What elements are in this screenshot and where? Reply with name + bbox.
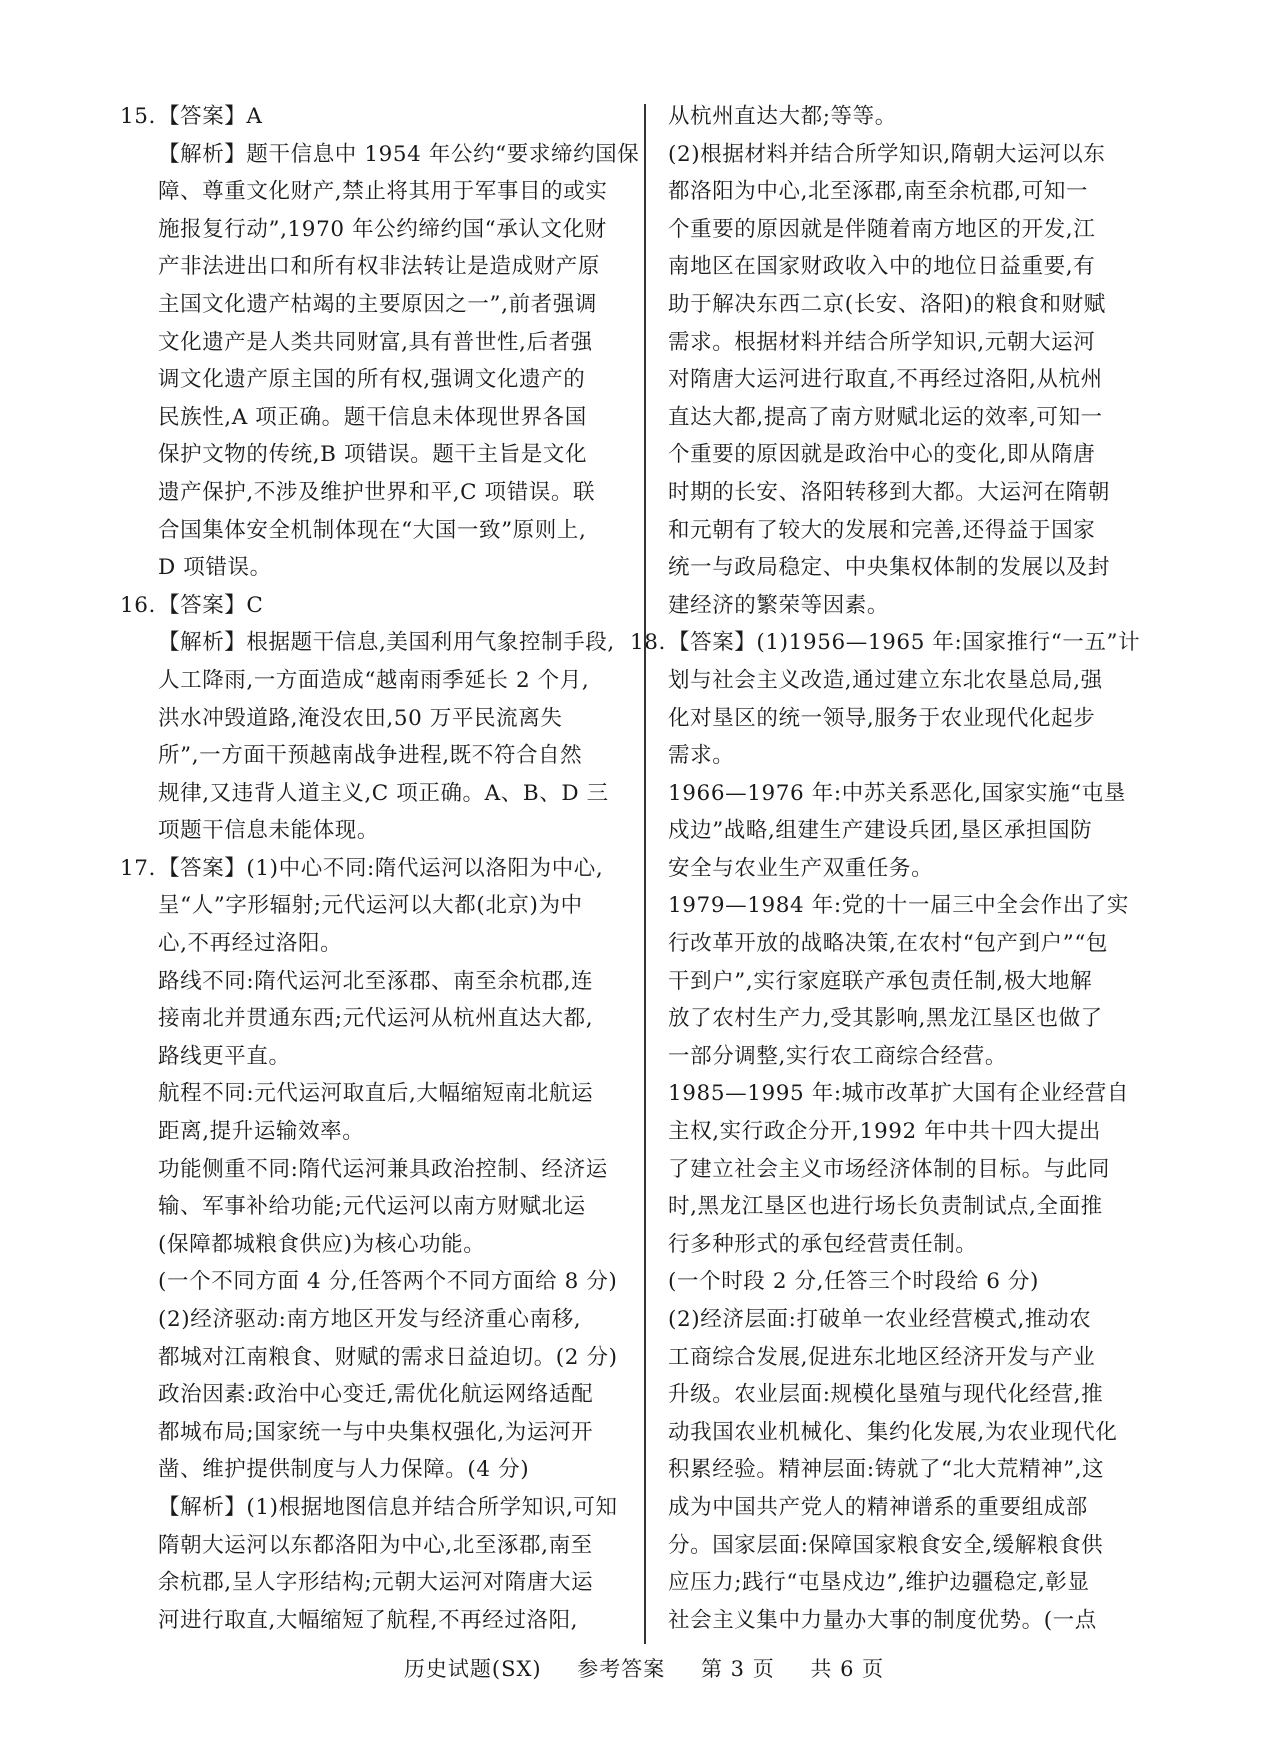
text-line: 路线不同:隋代运河北至涿郡、南至余杭郡,连 [120,963,640,1001]
line-text: 动我国农业机械化、集约化发展,为农业现代化 [668,1420,1117,1445]
line-text: 产非法进出口和所有权非法转让是造成财产原 [158,254,600,279]
line-text: 项题干信息未能体现。 [158,818,379,843]
text-line: 建经济的繁荣等因素。 [668,587,1158,625]
line-text: 路线不同:隋代运河北至涿郡、南至余杭郡,连 [158,969,593,994]
text-line: 项题干信息未能体现。 [120,812,640,850]
line-text: 1985—1995 年:城市改革扩大国有企业经营自 [668,1081,1129,1106]
line-text: 【解析】题干信息中 1954 年公约“要求缔约国保 [158,142,639,167]
line-text: 干到户”,实行家庭联产承包责任制,极大地解 [668,969,1092,994]
line-text: 划与社会主义改造,通过建立东北农垦总局,强 [668,668,1103,693]
text-line: 路线更平直。 [120,1038,640,1076]
line-text: 心,不再经过洛阳。 [158,931,342,956]
text-line: (一个时段 2 分,任答三个时段给 6 分) [668,1263,1158,1301]
line-text: 【解析】(1)根据地图信息并结合所学知识,可知 [158,1495,618,1520]
line-text: 放了农村生产力,受其影响,黑龙江垦区也做了 [668,1006,1103,1031]
line-text: 时期的长安、洛阳转移到大都。大运河在隋朝 [668,480,1110,505]
text-line: (2)经济驱动:南方地区开发与经济重心南移, [120,1301,640,1339]
text-line: 需求。 [668,737,1158,775]
line-text: 距离,提升运输效率。 [158,1119,364,1144]
text-line: 南地区在国家财政收入中的地位日益重要,有 [668,248,1158,286]
line-text: 一部分调整,实行农工商综合经营。 [668,1044,1007,1069]
line-text: 分。国家层面:保障国家粮食安全,缓解粮食供 [668,1533,1103,1558]
text-line: 距离,提升运输效率。 [120,1113,640,1151]
text-line: 成为中国共产党人的精神谱系的重要组成部 [668,1489,1158,1527]
line-text: 政治因素:政治中心变迁,需优化航运网络适配 [158,1382,593,1407]
line-text: 社会主义集中力量办大事的制度优势。(一点 [668,1608,1097,1633]
left-column: 15.【答案】A【解析】题干信息中 1954 年公约“要求缔约国保障、尊重文化财… [120,98,640,1639]
line-text: 积累经验。精神层面:铸就了“北大荒精神”,这 [668,1457,1104,1482]
line-text: 合国集体安全机制体现在“大国一致”原则上, [158,518,586,543]
footer-page-total: 共 6 页 [810,1657,884,1681]
text-line: 统一与政局稳定、中央集权体制的发展以及封 [668,549,1158,587]
text-line: 遗产保护,不涉及维护世界和平,C 项错误。联 [120,474,640,512]
line-text: 【答案】C [158,593,263,618]
line-text: 余杭郡,呈人字形结构;元朝大运河对隋唐大运 [158,1570,593,1595]
line-text: D 项错误。 [158,555,272,580]
text-line: 凿、维护提供制度与人力保障。(4 分) [120,1451,640,1489]
text-line: 分。国家层面:保障国家粮食安全,缓解粮食供 [668,1527,1158,1565]
line-text: 施报复行动”,1970 年公约缔约国“承认文化财 [158,217,607,242]
text-line: 政治因素:政治中心变迁,需优化航运网络适配 [120,1376,640,1414]
text-line: 积累经验。精神层面:铸就了“北大荒精神”,这 [668,1451,1158,1489]
line-text: 洪水冲毁道路,淹没农田,50 万平民流离失 [158,706,562,731]
text-line: 接南北并贯通东西;元代运河从杭州直达大都, [120,1000,640,1038]
text-line: 和元朝有了较大的发展和完善,还得益于国家 [668,512,1158,550]
line-text: 都城布局;国家统一与中央集权强化,为运河开 [158,1420,593,1445]
line-text: 【答案】A [158,104,263,129]
line-text: 航程不同:元代运河取直后,大幅缩短南北航运 [158,1081,593,1106]
line-text: 需求。根据材料并结合所学知识,元朝大运河 [668,330,1095,355]
text-line: 时,黑龙江垦区也进行场长负责制试点,全面推 [668,1188,1158,1226]
line-text: 所”,一方面干预越南战争进程,既不符合自然 [158,743,582,768]
line-text: 保护文物的传统,B 项错误。题干主旨是文化 [158,442,587,467]
text-line: 需求。根据材料并结合所学知识,元朝大运河 [668,324,1158,362]
line-text: 文化遗产是人类共同财富,具有普世性,后者强 [158,330,593,355]
text-line: (2)根据材料并结合所学知识,隋朝大运河以东 [668,136,1158,174]
text-line: 输、军事补给功能;元代运河以南方财赋北运 [120,1188,640,1226]
text-line: 行多种形式的承包经营责任制。 [668,1226,1158,1264]
text-line: 划与社会主义改造,通过建立东北农垦总局,强 [668,662,1158,700]
line-text: 化对垦区的统一领导,服务于农业现代化起步 [668,706,1095,731]
line-text: 时,黑龙江垦区也进行场长负责制试点,全面推 [668,1194,1103,1219]
line-text: 接南北并贯通东西;元代运河从杭州直达大都, [158,1006,593,1031]
line-text: 【答案】(1)中心不同:隋代运河以洛阳为中心, [158,856,603,881]
line-text: 障、尊重文化财产,禁止将其用于军事目的或实 [158,179,607,204]
line-text: 都洛阳为中心,北至涿郡,南至余杭郡,可知一 [668,179,1088,204]
text-line: 1985—1995 年:城市改革扩大国有企业经营自 [668,1075,1158,1113]
question-answer-line: 18.【答案】(1)1956—1965 年:国家推行“一五”计 [668,624,1158,662]
line-text: (2)根据材料并结合所学知识,隋朝大运河以东 [668,142,1106,167]
question-number: 18. [630,624,668,662]
column-divider [644,104,646,1644]
footer-subject: 历史试题(SX) [404,1657,542,1681]
line-text: 呈“人”字形辐射;元代运河以大都(北京)为中 [158,893,583,918]
text-line: D 项错误。 [120,549,640,587]
line-text: 助于解决东西二京(长安、洛阳)的粮食和财赋 [668,292,1106,317]
text-line: 应压力;践行“屯垦戍边”,维护边疆稳定,彰显 [668,1564,1158,1602]
text-line: 所”,一方面干预越南战争进程,既不符合自然 [120,737,640,775]
line-text: (一个时段 2 分,任答三个时段给 6 分) [668,1269,1039,1294]
text-line: 功能侧重不同:隋代运河兼具政治控制、经济运 [120,1151,640,1189]
page-footer: 历史试题(SX) 参考答案 第 3 页 共 6 页 [0,1653,1288,1683]
text-line: 调文化遗产原主国的所有权,强调文化遗产的 [120,361,640,399]
text-line: 个重要的原因就是伴随着南方地区的开发,江 [668,211,1158,249]
question-number: 15. [120,98,158,136]
line-text: 个重要的原因就是伴随着南方地区的开发,江 [668,217,1095,242]
line-text: 戍边”战略,组建生产建设兵团,垦区承担国防 [668,818,1092,843]
line-text: 主权,实行政企分开,1992 年中共十四大提出 [668,1119,1101,1144]
line-text: (保障都城粮食供应)为核心功能。 [158,1232,485,1257]
text-line: 呈“人”字形辐射;元代运河以大都(北京)为中 [120,887,640,925]
text-line: 1966—1976 年:中苏关系恶化,国家实施“屯垦 [668,775,1158,813]
text-line: 产非法进出口和所有权非法转让是造成财产原 [120,248,640,286]
line-text: 安全与农业生产双重任务。 [668,856,933,881]
line-text: 1979—1984 年:党的十一届三中全会作出了实 [668,893,1129,918]
text-line: 合国集体安全机制体现在“大国一致”原则上, [120,512,640,550]
text-line: 【解析】题干信息中 1954 年公约“要求缔约国保 [120,136,640,174]
line-text: 个重要的原因就是政治中心的变化,即从隋唐 [668,442,1095,467]
text-line: 时期的长安、洛阳转移到大都。大运河在隋朝 [668,474,1158,512]
line-text: 人工降雨,一方面造成“越南雨季延长 2 个月, [158,668,589,693]
line-text: (2)经济层面:打破单一农业经营模式,推动农 [668,1307,1091,1332]
line-text: 需求。 [668,743,734,768]
text-line: 规律,又违背人道主义,C 项正确。A、B、D 三 [120,775,640,813]
text-line: 保护文物的传统,B 项错误。题干主旨是文化 [120,436,640,474]
line-text: 直达大都,提高了南方财赋北运的效率,可知一 [668,405,1103,430]
question-answer-line: 17.【答案】(1)中心不同:隋代运河以洛阳为中心, [120,850,640,888]
question-number: 17. [120,850,158,888]
line-text: 建经济的繁荣等因素。 [668,593,889,618]
line-text: 了建立社会主义市场经济体制的目标。与此同 [668,1157,1110,1182]
text-line: 1979—1984 年:党的十一届三中全会作出了实 [668,887,1158,925]
text-line: 升级。农业层面:规模化垦殖与现代化经营,推 [668,1376,1158,1414]
question-answer-line: 16.【答案】C [120,587,640,625]
text-line: 【解析】根据题干信息,美国利用气象控制手段, [120,624,640,662]
line-text: 工商综合发展,促进东北地区经济开发与产业 [668,1345,1095,1370]
line-text: 凿、维护提供制度与人力保障。(4 分) [158,1457,529,1482]
line-text: 功能侧重不同:隋代运河兼具政治控制、经济运 [158,1157,608,1182]
line-text: 输、军事补给功能;元代运河以南方财赋北运 [158,1194,586,1219]
line-text: 都城对江南粮食、财赋的需求日益迫切。(2 分) [158,1345,618,1370]
line-text: 对隋唐大运河进行取直,不再经过洛阳,从杭州 [668,367,1103,392]
text-line: 人工降雨,一方面造成“越南雨季延长 2 个月, [120,662,640,700]
text-line: 戍边”战略,组建生产建设兵团,垦区承担国防 [668,812,1158,850]
text-line: 放了农村生产力,受其影响,黑龙江垦区也做了 [668,1000,1158,1038]
line-text: 应压力;践行“屯垦戍边”,维护边疆稳定,彰显 [668,1570,1090,1595]
line-text: 和元朝有了较大的发展和完善,还得益于国家 [668,518,1095,543]
footer-doc-type: 参考答案 [577,1657,665,1681]
text-line: 都洛阳为中心,北至涿郡,南至余杭郡,可知一 [668,173,1158,211]
text-line: 河进行取直,大幅缩短了航程,不再经过洛阳, [120,1602,640,1640]
text-line: (保障都城粮食供应)为核心功能。 [120,1226,640,1264]
line-text: 隋朝大运河以东都洛阳为中心,北至涿郡,南至 [158,1533,593,1558]
line-text: 主国文化遗产枯竭的主要原因之一”,前者强调 [158,292,597,317]
text-line: 安全与农业生产双重任务。 [668,850,1158,888]
text-line: 心,不再经过洛阳。 [120,925,640,963]
text-line: 直达大都,提高了南方财赋北运的效率,可知一 [668,399,1158,437]
text-line: 【解析】(1)根据地图信息并结合所学知识,可知 [120,1489,640,1527]
text-line: 余杭郡,呈人字形结构;元朝大运河对隋唐大运 [120,1564,640,1602]
text-line: 洪水冲毁道路,淹没农田,50 万平民流离失 [120,700,640,738]
text-line: 都城对江南粮食、财赋的需求日益迫切。(2 分) [120,1339,640,1377]
text-line: 障、尊重文化财产,禁止将其用于军事目的或实 [120,173,640,211]
text-line: 动我国农业机械化、集约化发展,为农业现代化 [668,1414,1158,1452]
text-line: 隋朝大运河以东都洛阳为中心,北至涿郡,南至 [120,1527,640,1565]
question-answer-line: 15.【答案】A [120,98,640,136]
text-line: 了建立社会主义市场经济体制的目标。与此同 [668,1151,1158,1189]
text-line: 行改革开放的战略决策,在农村“包产到户”“包 [668,925,1158,963]
text-line: 施报复行动”,1970 年公约缔约国“承认文化财 [120,211,640,249]
line-text: 统一与政局稳定、中央集权体制的发展以及封 [668,555,1110,580]
text-line: (一个不同方面 4 分,任答两个不同方面给 8 分) [120,1263,640,1301]
text-line: 主权,实行政企分开,1992 年中共十四大提出 [668,1113,1158,1151]
line-text: 升级。农业层面:规模化垦殖与现代化经营,推 [668,1382,1103,1407]
text-line: 主国文化遗产枯竭的主要原因之一”,前者强调 [120,286,640,324]
right-column: 从杭州直达大都;等等。(2)根据材料并结合所学知识,隋朝大运河以东都洛阳为中心,… [668,98,1158,1639]
text-line: 文化遗产是人类共同财富,具有普世性,后者强 [120,324,640,362]
line-text: 路线更平直。 [158,1044,291,1069]
line-text: 1966—1976 年:中苏关系恶化,国家实施“屯垦 [668,781,1126,806]
text-line: 一部分调整,实行农工商综合经营。 [668,1038,1158,1076]
text-line: (2)经济层面:打破单一农业经营模式,推动农 [668,1301,1158,1339]
line-text: 从杭州直达大都;等等。 [668,104,897,129]
line-text: 【答案】(1)1956—1965 年:国家推行“一五”计 [668,630,1140,655]
line-text: 南地区在国家财政收入中的地位日益重要,有 [668,254,1095,279]
question-number: 16. [120,587,158,625]
line-text: 调文化遗产原主国的所有权,强调文化遗产的 [158,367,585,392]
text-line: 化对垦区的统一领导,服务于农业现代化起步 [668,700,1158,738]
text-line: 助于解决东西二京(长安、洛阳)的粮食和财赋 [668,286,1158,324]
text-line: 工商综合发展,促进东北地区经济开发与产业 [668,1339,1158,1377]
text-line: 民族性,A 项正确。题干信息未体现世界各国 [120,399,640,437]
line-text: 成为中国共产党人的精神谱系的重要组成部 [668,1495,1088,1520]
line-text: 遗产保护,不涉及维护世界和平,C 项错误。联 [158,480,595,505]
text-line: 都城布局;国家统一与中央集权强化,为运河开 [120,1414,640,1452]
text-line: 从杭州直达大都;等等。 [668,98,1158,136]
line-text: 行改革开放的战略决策,在农村“包产到户”“包 [668,931,1108,956]
text-line: 社会主义集中力量办大事的制度优势。(一点 [668,1602,1158,1640]
line-text: 河进行取直,大幅缩短了航程,不再经过洛阳, [158,1608,578,1633]
line-text: 民族性,A 项正确。题干信息未体现世界各国 [158,405,587,430]
text-line: 个重要的原因就是政治中心的变化,即从隋唐 [668,436,1158,474]
text-line: 航程不同:元代运河取直后,大幅缩短南北航运 [120,1075,640,1113]
footer-page-number: 第 3 页 [701,1657,775,1681]
text-line: 对隋唐大运河进行取直,不再经过洛阳,从杭州 [668,361,1158,399]
line-text: 【解析】根据题干信息,美国利用气象控制手段, [158,630,615,655]
line-text: 规律,又违背人道主义,C 项正确。A、B、D 三 [158,781,609,806]
line-text: (一个不同方面 4 分,任答两个不同方面给 8 分) [158,1269,617,1294]
line-text: 行多种形式的承包经营责任制。 [668,1232,977,1257]
line-text: (2)经济驱动:南方地区开发与经济重心南移, [158,1307,581,1332]
text-line: 干到户”,实行家庭联产承包责任制,极大地解 [668,963,1158,1001]
